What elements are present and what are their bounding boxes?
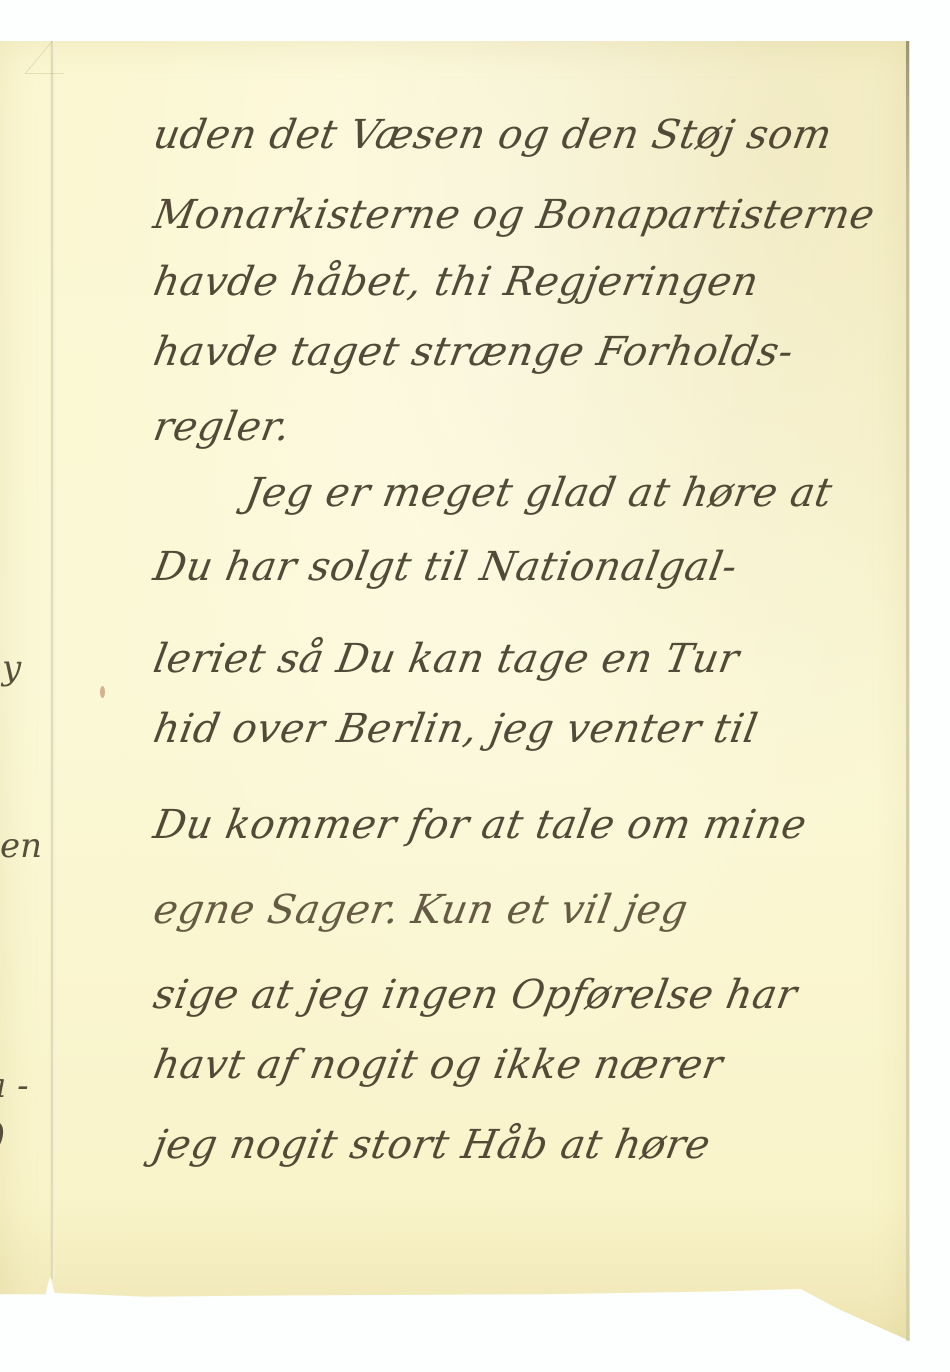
- letter-line: uden det Væsen og den Støj som: [150, 112, 836, 158]
- letter-line: sige at jeg ingen Opførelse har: [150, 972, 801, 1018]
- left-fragment: a -: [0, 1066, 29, 1106]
- letter-line: egne Sager. Kun et vil jeg: [150, 887, 692, 933]
- page-fold-line: [50, 41, 56, 1279]
- left-fragment: ): [0, 1116, 5, 1156]
- page-right-edge: [906, 41, 909, 1341]
- left-fragment: en: [0, 826, 42, 866]
- letter-line: regler.: [150, 404, 294, 450]
- left-fragment: y: [2, 648, 21, 688]
- letter-line: Monarkisterne og Bonapartisterne: [150, 192, 878, 238]
- paper-stain: [100, 686, 105, 698]
- letter-line: havde taget strænge Forholds-: [150, 329, 797, 375]
- letter-line: havde håbet, thi Regjeringen: [150, 259, 762, 305]
- letter-line: hid over Berlin, jeg venter til: [150, 706, 761, 752]
- letter-line: Du har solgt til Nationalgal-: [150, 544, 741, 590]
- letter-line: Jeg er meget glad at høre at: [242, 470, 836, 516]
- letter-line: Du kommer for at tale om mine: [150, 802, 810, 848]
- letter-line: jeg nogit stort Håb at høre: [150, 1122, 714, 1168]
- letter-line: leriet så Du kan tage en Tur: [150, 636, 743, 682]
- letter-line: havt af nogit og ikke nærer: [150, 1042, 726, 1088]
